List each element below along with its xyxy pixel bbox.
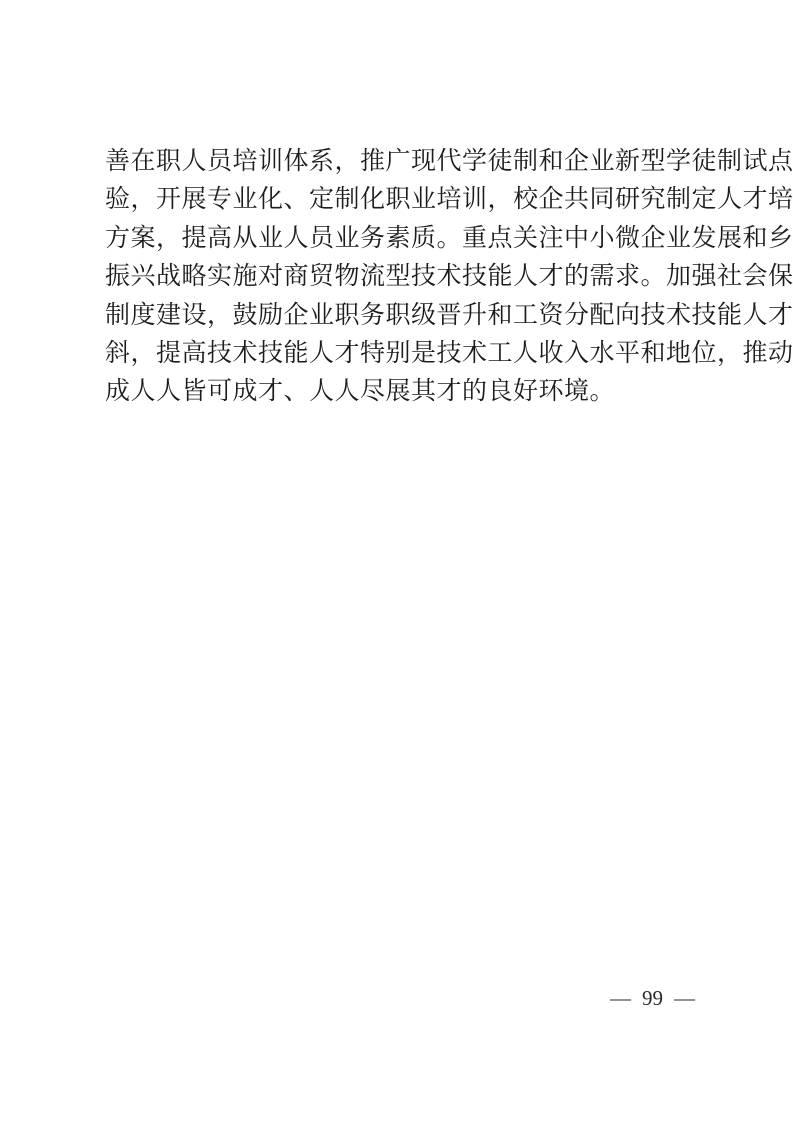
text-line: 验，开展专业化、定制化职业培训，校企共同研究制定人才培养 (105, 181, 704, 219)
text-line: 斜，提高技术技能人才特别是技术工人收入水平和地位，推动形 (105, 335, 704, 373)
text-line: 方案，提高从业人员业务素质。重点关注中小微企业发展和乡村 (105, 220, 704, 258)
document-page: 善在职人员培训体系，推广现代学徒制和企业新型学徒制试点经验，开展专业化、定制化职… (0, 0, 793, 1122)
text-line: 振兴战略实施对商贸物流型技术技能人才的需求。加强社会保障 (105, 258, 704, 296)
page-footer: — 99 — (610, 988, 695, 1009)
footer-right-dash: — (674, 988, 695, 1009)
body-paragraph: 善在职人员培训体系，推广现代学徒制和企业新型学徒制试点经验，开展专业化、定制化职… (105, 143, 704, 412)
footer-left-dash: — (610, 988, 631, 1009)
text-line: 制度建设，鼓励企业职务职级晋升和工资分配向技术技能人才倾 (105, 297, 704, 335)
page-number: 99 (642, 988, 663, 1009)
text-line: 成人人皆可成才、人人尽展其才的良好环境。 (105, 373, 704, 411)
text-line: 善在职人员培训体系，推广现代学徒制和企业新型学徒制试点经 (105, 143, 704, 181)
